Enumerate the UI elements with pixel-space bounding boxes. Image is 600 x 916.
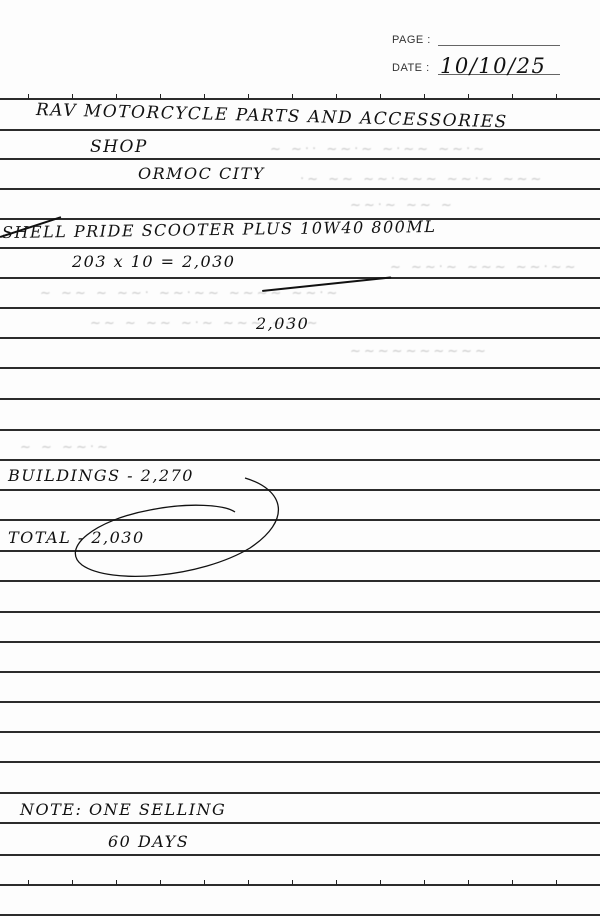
total-circle-mark (0, 0, 600, 916)
notebook-page: PAGE : DATE : 10/10/25 ~ ~·· ~~·~ ~·~~ ~… (0, 0, 600, 916)
